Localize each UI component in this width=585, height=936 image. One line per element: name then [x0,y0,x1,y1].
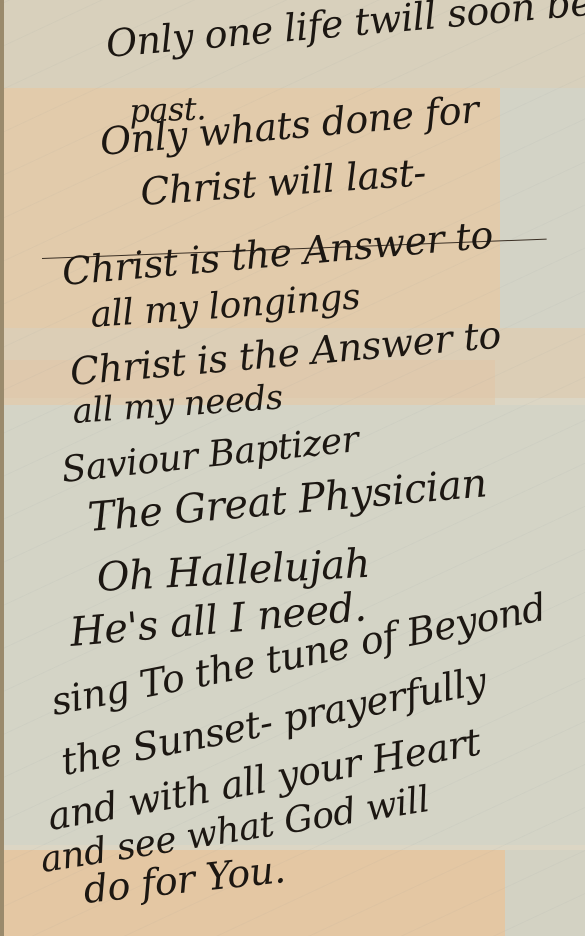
paper-tone-bottom-right [505,850,585,936]
page-edge [0,0,4,936]
handwritten-page: Only one life twill soon be past. Only w… [0,0,585,936]
paper-tone-upper-right [500,88,585,328]
